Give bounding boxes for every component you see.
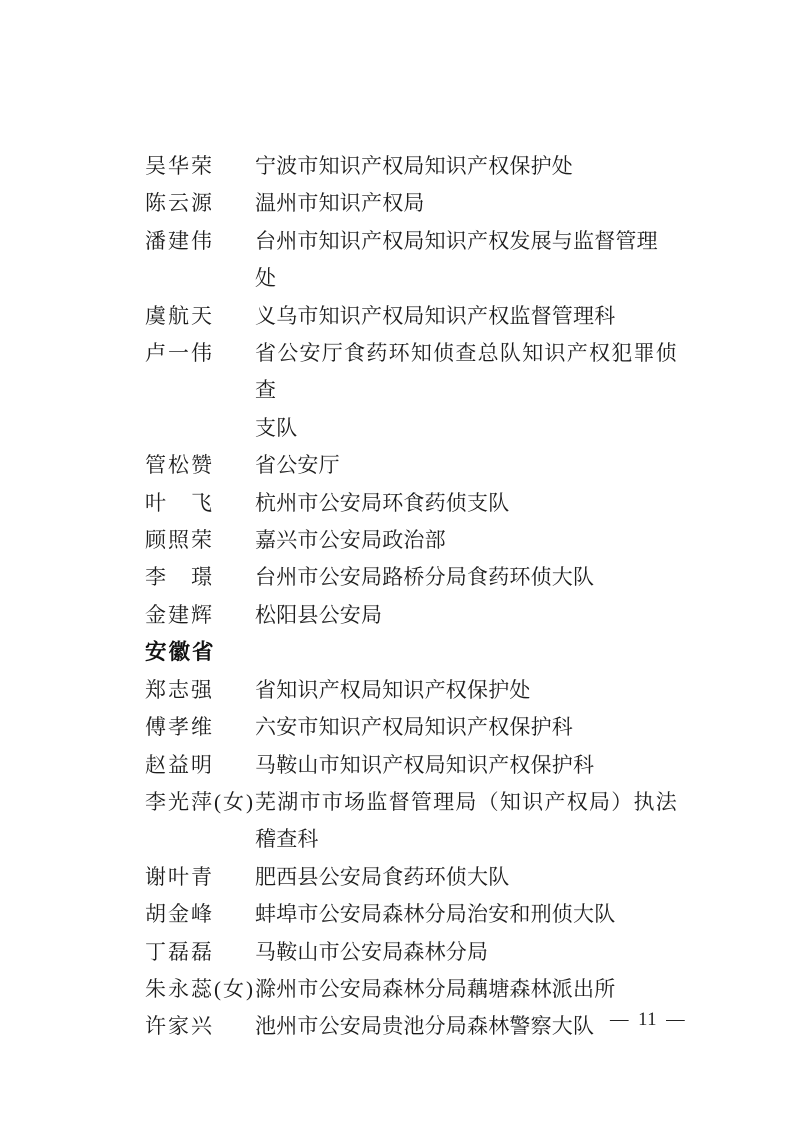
organization-line: 台州市知识产权局知识产权发展与监督管理处 (255, 223, 677, 298)
recipient-entry: 潘建伟 台州市知识产权局知识产权发展与监督管理处 (145, 223, 677, 298)
recipient-entry: 顾照荣 嘉兴市公安局政治部 (145, 522, 677, 559)
organization-line: 肥西县公安局食药环侦大队 (255, 859, 677, 896)
organization-line: 马鞍山市公安局森林分局 (255, 934, 677, 971)
recipient-entry: 金建辉 松阳县公安局 (145, 597, 677, 634)
recipient-entry: 管松赞 省公安厅 (145, 447, 677, 484)
recipient-name: 朱永蕊(女) (145, 971, 255, 1008)
organization-line: 六安市知识产权局知识产权保护科 (255, 709, 677, 746)
recipient-name: 叶 飞 (145, 485, 255, 522)
recipient-organization: 滁州市公安局森林分局藕塘森林派出所 (255, 971, 677, 1008)
recipient-name: 潘建伟 (145, 223, 255, 260)
recipient-organization: 台州市公安局路桥分局食药环侦大队 (255, 559, 677, 596)
recipient-name: 吴华荣 (145, 148, 255, 185)
recipient-organization: 松阳县公安局 (255, 597, 677, 634)
recipient-list: 吴华荣 宁波市知识产权局知识产权保护处 陈云源 温州市知识产权局 潘建伟 台州市… (145, 148, 677, 1046)
recipient-name: 谢叶青 (145, 859, 255, 896)
recipient-organization: 嘉兴市公安局政治部 (255, 522, 677, 559)
recipient-name: 郑志强 (145, 672, 255, 709)
recipient-organization: 马鞍山市公安局森林分局 (255, 934, 677, 971)
page-number: — 11 — (610, 1008, 690, 1032)
recipient-organization: 马鞍山市知识产权局知识产权保护科 (255, 747, 677, 784)
recipient-organization: 温州市知识产权局 (255, 185, 677, 222)
recipient-entry: 傅孝维 六安市知识产权局知识产权保护科 (145, 709, 677, 746)
recipient-organization: 台州市知识产权局知识产权发展与监督管理处 (255, 223, 677, 298)
organization-line: 杭州市公安局环食药侦支队 (255, 485, 677, 522)
organization-line: 松阳县公安局 (255, 597, 677, 634)
recipient-entry: 赵益明 马鞍山市知识产权局知识产权保护科 (145, 747, 677, 784)
organization-line: 温州市知识产权局 (255, 185, 677, 222)
recipient-entry: 郑志强 省知识产权局知识产权保护处 (145, 672, 677, 709)
recipient-entry: 丁磊磊 马鞍山市公安局森林分局 (145, 934, 677, 971)
recipient-organization: 蚌埠市公安局森林分局治安和刑侦大队 (255, 896, 677, 933)
organization-line: 稽查科 (255, 821, 677, 858)
organization-line: 马鞍山市知识产权局知识产权保护科 (255, 747, 677, 784)
recipient-name: 顾照荣 (145, 522, 255, 559)
recipient-name: 许家兴 (145, 1008, 255, 1045)
recipient-name: 胡金峰 (145, 896, 255, 933)
recipient-name: 丁磊磊 (145, 934, 255, 971)
organization-line: 台州市公安局路桥分局食药环侦大队 (255, 559, 677, 596)
recipient-entry: 叶 飞 杭州市公安局环食药侦支队 (145, 485, 677, 522)
recipient-entry: 朱永蕊(女) 滁州市公安局森林分局藕塘森林派出所 (145, 971, 677, 1008)
recipient-name: 傅孝维 (145, 709, 255, 746)
recipient-organization: 省公安厅食药环知侦查总队知识产权犯罪侦查支队 (255, 335, 677, 447)
organization-line: 芜湖市市场监督管理局（知识产权局）执法 (255, 784, 677, 821)
document-page: 吴华荣 宁波市知识产权局知识产权保护处 陈云源 温州市知识产权局 潘建伟 台州市… (0, 0, 793, 1122)
recipient-organization: 六安市知识产权局知识产权保护科 (255, 709, 677, 746)
recipient-name: 管松赞 (145, 447, 255, 484)
recipient-entry: 谢叶青 肥西县公安局食药环侦大队 (145, 859, 677, 896)
recipient-name: 虞航天 (145, 298, 255, 335)
recipient-organization: 宁波市知识产权局知识产权保护处 (255, 148, 677, 185)
recipient-entry: 许家兴 池州市公安局贵池分局森林警察大队 (145, 1008, 677, 1045)
organization-line: 义乌市知识产权局知识产权监督管理科 (255, 298, 677, 335)
recipient-name: 卢一伟 (145, 335, 255, 372)
recipient-organization: 省知识产权局知识产权保护处 (255, 672, 677, 709)
recipient-name: 李光萍(女) (145, 784, 255, 821)
recipient-organization: 芜湖市市场监督管理局（知识产权局）执法稽查科 (255, 784, 677, 859)
recipient-organization: 肥西县公安局食药环侦大队 (255, 859, 677, 896)
recipient-entry: 卢一伟 省公安厅食药环知侦查总队知识产权犯罪侦查支队 (145, 335, 677, 447)
organization-line: 滁州市公安局森林分局藕塘森林派出所 (255, 971, 677, 1008)
organization-line: 省公安厅 (255, 447, 677, 484)
recipient-name: 李 璟 (145, 559, 255, 596)
recipient-entry: 吴华荣 宁波市知识产权局知识产权保护处 (145, 148, 677, 185)
province-heading: 安徽省 (145, 634, 677, 671)
organization-line: 省公安厅食药环知侦查总队知识产权犯罪侦查 (255, 335, 677, 410)
recipient-name: 赵益明 (145, 747, 255, 784)
recipient-name: 陈云源 (145, 185, 255, 222)
recipient-name: 金建辉 (145, 597, 255, 634)
recipient-entry: 陈云源 温州市知识产权局 (145, 185, 677, 222)
organization-line: 蚌埠市公安局森林分局治安和刑侦大队 (255, 896, 677, 933)
recipient-entry: 李 璟 台州市公安局路桥分局食药环侦大队 (145, 559, 677, 596)
organization-line: 省知识产权局知识产权保护处 (255, 672, 677, 709)
recipient-organization: 义乌市知识产权局知识产权监督管理科 (255, 298, 677, 335)
recipient-entry: 李光萍(女) 芜湖市市场监督管理局（知识产权局）执法稽查科 (145, 784, 677, 859)
recipient-organization: 杭州市公安局环食药侦支队 (255, 485, 677, 522)
organization-line: 支队 (255, 410, 677, 447)
recipient-entry: 胡金峰 蚌埠市公安局森林分局治安和刑侦大队 (145, 896, 677, 933)
organization-line: 宁波市知识产权局知识产权保护处 (255, 148, 677, 185)
recipient-entry: 虞航天 义乌市知识产权局知识产权监督管理科 (145, 298, 677, 335)
organization-line: 嘉兴市公安局政治部 (255, 522, 677, 559)
recipient-organization: 省公安厅 (255, 447, 677, 484)
